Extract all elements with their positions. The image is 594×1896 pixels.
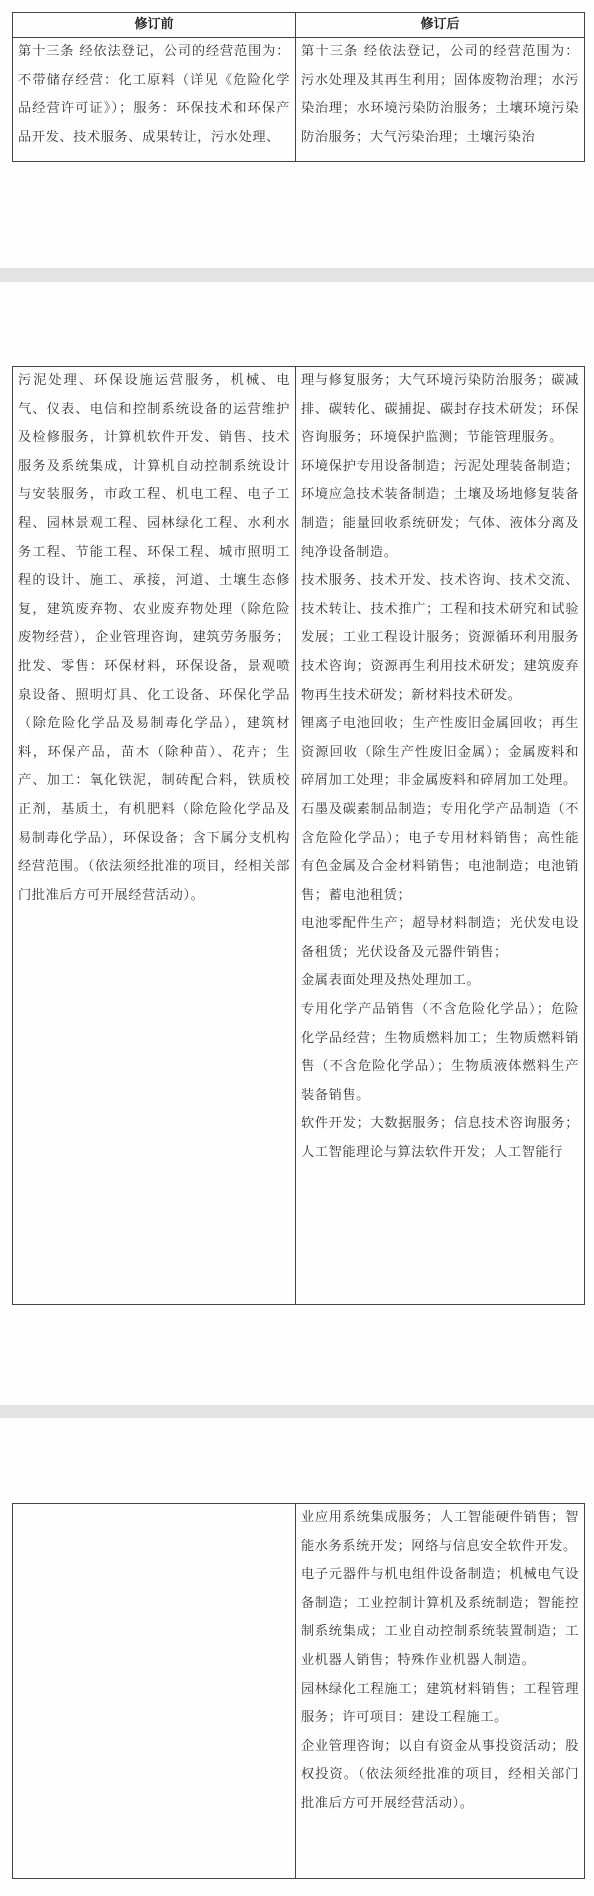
table-row: 业应用系统集成服务；人工智能硬件销售；智能水务系统开发；网络与信息安全软件开发。…	[13, 1504, 585, 1879]
before-cell: 污泥处理、环保设施运营服务，机械、电气、仪表、电信和控制系统设备的运营维护及检修…	[13, 367, 296, 1305]
before-cell: 第十三条 经依法登记，公司的经营范围为：不带储存经营：化工原料（详见《危险化学品…	[13, 38, 296, 162]
table-row: 污泥处理、环保设施运营服务，机械、电气、仪表、电信和控制系统设备的运营维护及检修…	[13, 367, 585, 1305]
table-row: 第十三条 经依法登记，公司的经营范围为：不带储存经营：化工原料（详见《危险化学品…	[13, 38, 585, 162]
after-paragraph: 金属表面处理及热处理加工。	[301, 967, 579, 996]
before-text: 污泥处理、环保设施运营服务，机械、电气、仪表、电信和控制系统设备的运营维护及检修…	[18, 367, 290, 910]
after-paragraph: 业应用系统集成服务；人工智能硬件销售；智能水务系统开发；网络与信息安全软件开发。	[301, 1504, 579, 1561]
after-paragraph: 软件开发；大数据服务；信息技术咨询服务；人工智能理论与算法软件开发；人工智能行	[301, 1110, 579, 1167]
page-separator	[0, 1405, 594, 1418]
after-paragraph: 锂离子电池回收；生产性废旧金属回收；再生资源回收（除生产性废旧金属）；金属废料和…	[301, 710, 579, 796]
after-text: 第十三条 经依法登记，公司的经营范围为：污水处理及其再生利用；固体废物治理；水污…	[301, 38, 579, 152]
revision-table-page-1: 修订前 修订后 第十三条 经依法登记，公司的经营范围为：不带储存经营：化工原料（…	[12, 12, 585, 162]
revision-table-page-3: 业应用系统集成服务；人工智能硬件销售；智能水务系统开发；网络与信息安全软件开发。…	[12, 1503, 585, 1879]
after-paragraph: 石墨及碳素制品制造；专用化学产品制造（不含危险化学品）；电子专用材料销售；高性能…	[301, 796, 579, 910]
after-paragraph: 电子元器件与机电组件设备制造；机械电气设备制造；工业控制计算机及系统制造；智能控…	[301, 1561, 579, 1675]
after-cell: 业应用系统集成服务；人工智能硬件销售；智能水务系统开发；网络与信息安全软件开发。…	[296, 1504, 585, 1879]
after-cell: 第十三条 经依法登记，公司的经营范围为：污水处理及其再生利用；固体废物治理；水污…	[296, 38, 585, 162]
before-text: 第十三条 经依法登记，公司的经营范围为：不带储存经营：化工原料（详见《危险化学品…	[18, 38, 290, 152]
after-paragraph: 技术服务、技术开发、技术咨询、技术交流、技术转让、技术推广；工程和技术研究和试验…	[301, 567, 579, 710]
after-paragraph: 电池零配件生产；超导材料制造；光伏发电设备租赁；光伏设备及元器件销售；	[301, 910, 579, 967]
after-paragraph: 环境保护专用设备制造；污泥处理装备制造；环境应急技术装备制造；土壤及场地修复装备…	[301, 453, 579, 567]
page-separator	[0, 268, 594, 282]
before-cell-empty	[13, 1504, 296, 1879]
after-cell: 理与修复服务；大气环境污染防治服务；碳减排、碳转化、碳捕捉、碳封存技术研发；环保…	[296, 367, 585, 1305]
revision-table-page-2: 污泥处理、环保设施运营服务，机械、电气、仪表、电信和控制系统设备的运营维护及检修…	[12, 366, 585, 1305]
after-paragraph: 园林绿化工程施工；建筑材料销售；工程管理服务；许可项目：建设工程施工。	[301, 1676, 579, 1733]
after-paragraph: 企业管理咨询；以自有资金从事投资活动；股权投资。（依法须经批准的项目，经相关部门…	[301, 1733, 579, 1819]
header-row: 修订前 修订后	[13, 13, 585, 38]
header-before: 修订前	[13, 13, 296, 38]
after-paragraph: 理与修复服务；大气环境污染防治服务；碳减排、碳转化、碳捕捉、碳封存技术研发；环保…	[301, 367, 579, 453]
after-paragraph: 专用化学产品销售（不含危险化学品）；危险化学品经营；生物质燃料加工；生物质燃料销…	[301, 996, 579, 1110]
header-after: 修订后	[296, 13, 585, 38]
